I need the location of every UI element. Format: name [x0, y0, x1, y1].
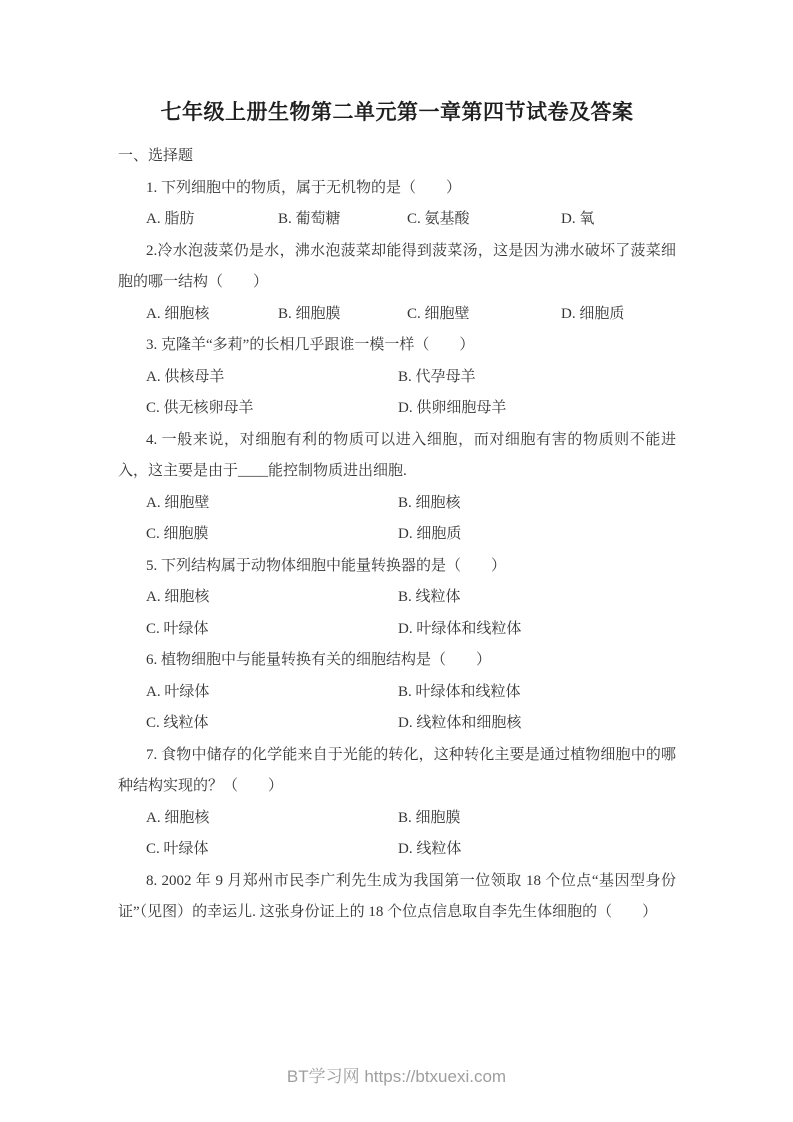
- question-block: 6. 植物细胞中与能量转换有关的细胞结构是（ ） A. 叶绿体B. 叶绿体和线粒…: [118, 645, 676, 740]
- option-a: A. 叶绿体: [146, 677, 398, 709]
- option-d: D. 细胞质: [561, 299, 676, 331]
- question-block: 3. 克隆羊“多莉”的长相几乎跟谁一模一样（ ） A. 供核母羊B. 代孕母羊C…: [118, 330, 676, 425]
- option-rows: A. 叶绿体B. 叶绿体和线粒体C. 线粒体D. 线粒体和细胞核: [118, 677, 676, 740]
- option-d: D. 氧: [561, 204, 676, 236]
- question-block: 4. 一般来说，对细胞有利的物质可以进入细胞，而对细胞有害的物质则不能进入，这主…: [118, 425, 676, 551]
- option-b: B. 叶绿体和线粒体: [398, 677, 676, 709]
- option-a: A. 细胞核: [146, 582, 398, 614]
- option-d: D. 线粒体和细胞核: [398, 708, 676, 740]
- option-rows: A. 细胞壁B. 细胞核C. 细胞膜D. 细胞质: [118, 488, 676, 551]
- option-c: C. 供无核卵母羊: [146, 393, 398, 425]
- option-d: D. 细胞质: [398, 519, 676, 551]
- question-text: 7. 食物中储存的化学能来自于光能的转化，这种转化主要是通过植物细胞中的哪种结构…: [118, 740, 676, 803]
- option-rows: A. 细胞核B. 线粒体C. 叶绿体D. 叶绿体和线粒体: [118, 582, 676, 645]
- option-rows: A. 细胞核B. 细胞膜C. 细胞壁D. 细胞质: [118, 299, 676, 331]
- option-a: A. 细胞核: [146, 803, 398, 835]
- option-b: B. 葡萄糖: [278, 204, 407, 236]
- option-c: C. 细胞膜: [146, 519, 398, 551]
- option-rows: A. 供核母羊B. 代孕母羊C. 供无核卵母羊D. 供卵细胞母羊: [118, 362, 676, 425]
- question-text: 2.冷水泡菠菜仍是水，沸水泡菠菜却能得到菠菜汤，这是因为沸水破坏了菠菜细胞的哪一…: [118, 236, 676, 299]
- option-b: B. 线粒体: [398, 582, 676, 614]
- option-b: B. 代孕母羊: [398, 362, 676, 394]
- option-c: C. 叶绿体: [146, 834, 398, 866]
- question-text: 1. 下列细胞中的物质，属于无机物的是（ ）: [118, 173, 676, 205]
- option-c: C. 叶绿体: [146, 614, 398, 646]
- question-text: 6. 植物细胞中与能量转换有关的细胞结构是（ ）: [118, 645, 676, 677]
- question-block: 5. 下列结构属于动物体细胞中能量转换器的是（ ） A. 细胞核B. 线粒体C.…: [118, 551, 676, 646]
- option-a: A. 供核母羊: [146, 362, 398, 394]
- option-rows: A. 细胞核B. 细胞膜C. 叶绿体D. 线粒体: [118, 803, 676, 866]
- option-d: D. 供卵细胞母羊: [398, 393, 676, 425]
- option-rows: A. 脂肪B. 葡萄糖C. 氨基酸D. 氧: [118, 204, 676, 236]
- option-a: A. 细胞核: [146, 299, 278, 331]
- question-block: 8. 2002 年 9 月郑州市民李广利先生成为我国第一位领取 18 个位点“基…: [118, 866, 676, 929]
- option-b: B. 细胞膜: [398, 803, 676, 835]
- option-c: C. 细胞壁: [407, 299, 561, 331]
- option-b: B. 细胞膜: [278, 299, 407, 331]
- question-block: 7. 食物中储存的化学能来自于光能的转化，这种转化主要是通过植物细胞中的哪种结构…: [118, 740, 676, 866]
- page-footer: BT学习网 https://btxuexi.com: [0, 1062, 793, 1087]
- question-text: 8. 2002 年 9 月郑州市民李广利先生成为我国第一位领取 18 个位点“基…: [118, 866, 676, 929]
- option-a: A. 细胞壁: [146, 488, 398, 520]
- option-d: D. 线粒体: [398, 834, 676, 866]
- question-text: 4. 一般来说，对细胞有利的物质可以进入细胞，而对细胞有害的物质则不能进入，这主…: [118, 425, 676, 488]
- question-block: 2.冷水泡菠菜仍是水，沸水泡菠菜却能得到菠菜汤，这是因为沸水破坏了菠菜细胞的哪一…: [118, 236, 676, 331]
- document-content: 七年级上册生物第二单元第一章第四节试卷及答案 一、选择题 1. 下列细胞中的物质…: [118, 97, 676, 929]
- document-title: 七年级上册生物第二单元第一章第四节试卷及答案: [118, 97, 676, 127]
- footer-site-credit: BT学习网 https://btxuexi.com: [287, 1067, 506, 1086]
- question-text: 3. 克隆羊“多莉”的长相几乎跟谁一模一样（ ）: [118, 330, 676, 362]
- question-block: 1. 下列细胞中的物质，属于无机物的是（ ） A. 脂肪B. 葡萄糖C. 氨基酸…: [118, 173, 676, 236]
- option-c: C. 线粒体: [146, 708, 398, 740]
- option-c: C. 氨基酸: [407, 204, 561, 236]
- question-list: 1. 下列细胞中的物质，属于无机物的是（ ） A. 脂肪B. 葡萄糖C. 氨基酸…: [118, 173, 676, 929]
- option-b: B. 细胞核: [398, 488, 676, 520]
- section-heading: 一、选择题: [118, 141, 676, 173]
- option-d: D. 叶绿体和线粒体: [398, 614, 676, 646]
- option-a: A. 脂肪: [146, 204, 278, 236]
- document-page: 七年级上册生物第二单元第一章第四节试卷及答案 一、选择题 1. 下列细胞中的物质…: [0, 0, 793, 1122]
- question-text: 5. 下列结构属于动物体细胞中能量转换器的是（ ）: [118, 551, 676, 583]
